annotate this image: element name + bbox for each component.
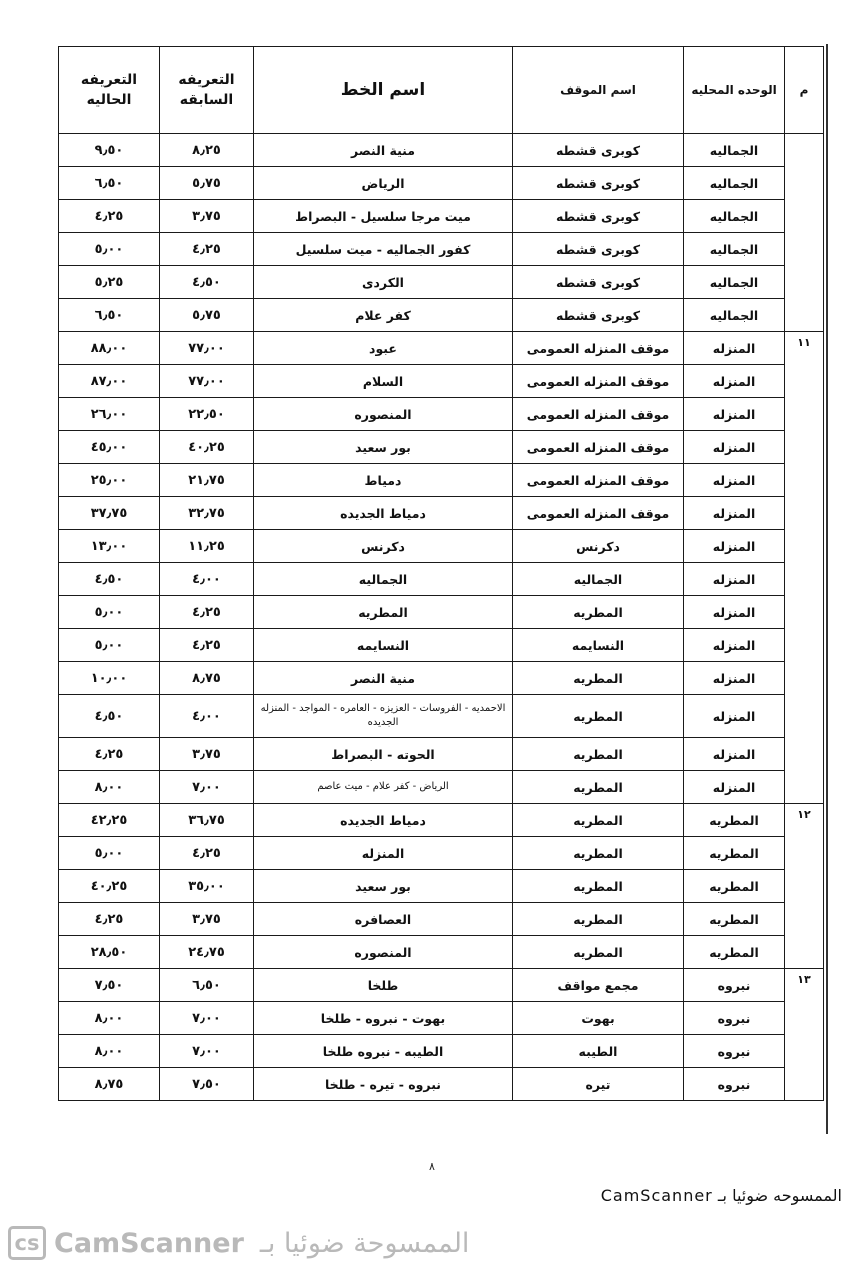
previous-fare-cell: ٧٫٠٠ xyxy=(160,1002,254,1035)
table-row: نبروهتيرهنبروه - تيره - طلخا٧٫٥٠٨٫٧٥ xyxy=(59,1068,824,1101)
current-fare-cell: ٩٫٥٠ xyxy=(59,134,160,167)
table-row: المنزلهموقف المنزله العمومىبور سعيد٤٠٫٢٥… xyxy=(59,431,824,464)
current-fare-cell: ٨٫٧٥ xyxy=(59,1068,160,1101)
line-name-cell: الرياض xyxy=(254,167,513,200)
stop-name-cell: المطريه xyxy=(513,738,684,771)
stop-name-cell: مجمع مواقف xyxy=(513,969,684,1002)
previous-fare-cell: ٧٧٫٠٠ xyxy=(160,332,254,365)
previous-fare-cell: ٢١٫٧٥ xyxy=(160,464,254,497)
table-row: ١١المنزلهموقف المنزله العمومىعبود٧٧٫٠٠٨٨… xyxy=(59,332,824,365)
page-number: ٨ xyxy=(0,1160,864,1173)
local-unit-cell: المنزله xyxy=(684,398,785,431)
stop-name-cell: كوبرى قشطه xyxy=(513,266,684,299)
stop-name-cell: موقف المنزله العمومى xyxy=(513,497,684,530)
current-fare-cell: ٨٨٫٠٠ xyxy=(59,332,160,365)
local-unit-cell: نبروه xyxy=(684,1002,785,1035)
local-unit-cell: المنزله xyxy=(684,629,785,662)
header-local-unit: الوحده المحليه xyxy=(684,47,785,134)
stop-name-cell: كوبرى قشطه xyxy=(513,167,684,200)
stop-name-cell: المطريه xyxy=(513,804,684,837)
line-name-cell: الحوته - البصراط xyxy=(254,738,513,771)
line-name-cell: السلام xyxy=(254,365,513,398)
stop-name-cell: بهوت xyxy=(513,1002,684,1035)
stop-name-cell: النسايمه xyxy=(513,629,684,662)
table-row: المطريهالمطريهالمنصوره٢٤٫٧٥٢٨٫٥٠ xyxy=(59,936,824,969)
stop-name-cell: المطريه xyxy=(513,870,684,903)
stop-name-cell: كوبرى قشطه xyxy=(513,200,684,233)
local-unit-cell: نبروه xyxy=(684,969,785,1002)
local-unit-cell: المطريه xyxy=(684,936,785,969)
line-name-cell: ميت مرجا سلسيل - البصراط xyxy=(254,200,513,233)
stop-name-cell: المطريه xyxy=(513,837,684,870)
previous-fare-cell: ٧٫٥٠ xyxy=(160,1068,254,1101)
current-fare-cell: ٢٨٫٥٠ xyxy=(59,936,160,969)
header-stop-name: اسم الموقف xyxy=(513,47,684,134)
table-row: ١٣نبروهمجمع مواقفطلخا٦٫٥٠٧٫٥٠ xyxy=(59,969,824,1002)
stop-name-cell: موقف المنزله العمومى xyxy=(513,464,684,497)
table-row: المنزلهالجماليهالجماليه٤٫٠٠٤٫٥٠ xyxy=(59,563,824,596)
stop-name-cell: تيره xyxy=(513,1068,684,1101)
table-row: نبروهبهوتبهوت - نبروه - طلخا٧٫٠٠٨٫٠٠ xyxy=(59,1002,824,1035)
previous-fare-cell: ٣٫٧٥ xyxy=(160,903,254,936)
stop-name-cell: المطريه xyxy=(513,662,684,695)
stop-name-cell: المطريه xyxy=(513,695,684,738)
table-row: المنزلهموقف المنزله العمومىالسلام٧٧٫٠٠٨٧… xyxy=(59,365,824,398)
local-unit-cell: الجماليه xyxy=(684,266,785,299)
header-current-fare: التعريفه الحاليه xyxy=(59,47,160,134)
previous-fare-cell: ٤٫٢٥ xyxy=(160,629,254,662)
line-name-cell: طلخا xyxy=(254,969,513,1002)
local-unit-cell: المطريه xyxy=(684,870,785,903)
previous-fare-cell: ٣٫٧٥ xyxy=(160,200,254,233)
stop-name-cell: كوبرى قشطه xyxy=(513,134,684,167)
current-fare-cell: ٦٫٥٠ xyxy=(59,167,160,200)
previous-fare-cell: ٧٫٠٠ xyxy=(160,771,254,804)
stop-name-cell: موقف المنزله العمومى xyxy=(513,431,684,464)
line-name-cell: بور سعيد xyxy=(254,431,513,464)
stop-name-cell: الطيبه xyxy=(513,1035,684,1068)
local-unit-cell: المنزله xyxy=(684,771,785,804)
current-fare-cell: ٤٥٫٠٠ xyxy=(59,431,160,464)
local-unit-cell: الجماليه xyxy=(684,233,785,266)
previous-fare-cell: ٣٢٫٧٥ xyxy=(160,497,254,530)
current-fare-cell: ٤٢٫٢٥ xyxy=(59,804,160,837)
line-name-cell: دمياط الجديده xyxy=(254,497,513,530)
local-unit-cell: الجماليه xyxy=(684,134,785,167)
group-index-cell: ١١ xyxy=(785,332,824,804)
previous-fare-cell: ٨٫٧٥ xyxy=(160,662,254,695)
current-fare-cell: ٧٫٥٠ xyxy=(59,969,160,1002)
previous-fare-cell: ٤٫٠٠ xyxy=(160,695,254,738)
line-name-cell: الطيبه - نبروه طلخا xyxy=(254,1035,513,1068)
local-unit-cell: الجماليه xyxy=(684,200,785,233)
local-unit-cell: المنزله xyxy=(684,596,785,629)
local-unit-cell: المطريه xyxy=(684,837,785,870)
previous-fare-cell: ٢٤٫٧٥ xyxy=(160,936,254,969)
table-row: الجماليهكوبرى قشطهميت مرجا سلسيل - البصر… xyxy=(59,200,824,233)
previous-fare-cell: ٣٦٫٧٥ xyxy=(160,804,254,837)
header-index: م xyxy=(785,47,824,134)
previous-fare-cell: ٥٫٧٥ xyxy=(160,167,254,200)
line-name-cell: المنصوره xyxy=(254,398,513,431)
local-unit-cell: الجماليه xyxy=(684,167,785,200)
stop-name-cell: المطريه xyxy=(513,596,684,629)
current-fare-cell: ٨٧٫٠٠ xyxy=(59,365,160,398)
table-row: المنزلهالمطريهمنية النصر٨٫٧٥١٠٫٠٠ xyxy=(59,662,824,695)
current-fare-cell: ٢٥٫٠٠ xyxy=(59,464,160,497)
local-unit-cell: المطريه xyxy=(684,903,785,936)
local-unit-cell: المنزله xyxy=(684,464,785,497)
table-row: المنزلهالمطريهالرياض - كفر علام - ميت عا… xyxy=(59,771,824,804)
local-unit-cell: المنزله xyxy=(684,695,785,738)
scan-note: الممسوحه ضوئيا بـ CamScanner xyxy=(601,1186,842,1205)
previous-fare-cell: ٤٠٫٢٥ xyxy=(160,431,254,464)
table-row: ١٢المطريهالمطريهدمياط الجديده٣٦٫٧٥٤٢٫٢٥ xyxy=(59,804,824,837)
current-fare-cell: ٢٦٫٠٠ xyxy=(59,398,160,431)
table-row: الجماليهكوبرى قشطهمنية النصر٨٫٢٥٩٫٥٠ xyxy=(59,134,824,167)
camscanner-logo-icon: cs xyxy=(8,1226,46,1260)
table-header-row: م الوحده المحليه اسم الموقف اسم الخط الت… xyxy=(59,47,824,134)
previous-fare-cell: ٧٫٠٠ xyxy=(160,1035,254,1068)
previous-fare-cell: ١١٫٢٥ xyxy=(160,530,254,563)
stop-name-cell: موقف المنزله العمومى xyxy=(513,332,684,365)
table-row: المنزلهدكرنسدكرنس١١٫٢٥١٣٫٠٠ xyxy=(59,530,824,563)
stop-name-cell: الجماليه xyxy=(513,563,684,596)
header-previous-fare: التعريفه السابقه xyxy=(160,47,254,134)
table-row: المنزلهموقف المنزله العمومىالمنصوره٢٢٫٥٠… xyxy=(59,398,824,431)
line-name-cell: الكردى xyxy=(254,266,513,299)
table-row: المطريهالمطريهالعصافره٣٫٧٥٤٫٢٥ xyxy=(59,903,824,936)
table-row: المطريهالمطريهالمنزله٤٫٢٥٥٫٠٠ xyxy=(59,837,824,870)
line-name-cell: بهوت - نبروه - طلخا xyxy=(254,1002,513,1035)
previous-fare-cell: ٢٢٫٥٠ xyxy=(160,398,254,431)
line-name-cell: المنصوره xyxy=(254,936,513,969)
stop-name-cell: المطريه xyxy=(513,771,684,804)
previous-fare-cell: ٤٫٢٥ xyxy=(160,233,254,266)
watermark-arabic: الممسوحة ضوئيا بـ xyxy=(260,1228,470,1259)
current-fare-cell: ٤٫٢٥ xyxy=(59,903,160,936)
local-unit-cell: المنزله xyxy=(684,530,785,563)
local-unit-cell: المنزله xyxy=(684,738,785,771)
current-fare-cell: ١٣٫٠٠ xyxy=(59,530,160,563)
stop-name-cell: موقف المنزله العمومى xyxy=(513,398,684,431)
local-unit-cell: المنزله xyxy=(684,332,785,365)
table-row: المنزلهموقف المنزله العمومىدمياط٢١٫٧٥٢٥٫… xyxy=(59,464,824,497)
stop-name-cell: دكرنس xyxy=(513,530,684,563)
current-fare-cell: ٨٫٠٠ xyxy=(59,1035,160,1068)
local-unit-cell: المنزله xyxy=(684,365,785,398)
previous-fare-cell: ٣٥٫٠٠ xyxy=(160,870,254,903)
table-row: المنزلهالنسايمهالنسايمه٤٫٢٥٥٫٠٠ xyxy=(59,629,824,662)
scanned-document-page: م الوحده المحليه اسم الموقف اسم الخط الت… xyxy=(0,0,864,1280)
current-fare-cell: ٥٫٠٠ xyxy=(59,629,160,662)
local-unit-cell: المنزله xyxy=(684,497,785,530)
previous-fare-cell: ٥٫٧٥ xyxy=(160,299,254,332)
fare-table: م الوحده المحليه اسم الموقف اسم الخط الت… xyxy=(58,46,824,1101)
previous-fare-cell: ٨٫٢٥ xyxy=(160,134,254,167)
line-name-cell: العصافره xyxy=(254,903,513,936)
line-name-cell: دمياط xyxy=(254,464,513,497)
current-fare-cell: ٤٠٫٢٥ xyxy=(59,870,160,903)
line-name-cell: النسايمه xyxy=(254,629,513,662)
stop-name-cell: كوبرى قشطه xyxy=(513,299,684,332)
table-row: المنزلهموقف المنزله العمومىدمياط الجديده… xyxy=(59,497,824,530)
stop-name-cell: المطريه xyxy=(513,936,684,969)
stop-name-cell: موقف المنزله العمومى xyxy=(513,365,684,398)
table-row: المنزلهالمطريهالحوته - البصراط٣٫٧٥٤٫٢٥ xyxy=(59,738,824,771)
current-fare-cell: ٤٫٢٥ xyxy=(59,200,160,233)
current-fare-cell: ٤٫٥٠ xyxy=(59,695,160,738)
line-name-cell: الرياض - كفر علام - ميت عاصم xyxy=(254,771,513,804)
line-name-cell: كفور الجماليه - ميت سلسيل xyxy=(254,233,513,266)
current-fare-cell: ٤٫٢٥ xyxy=(59,738,160,771)
current-fare-cell: ٥٫٠٠ xyxy=(59,233,160,266)
line-name-cell: كفر علام xyxy=(254,299,513,332)
header-line-name: اسم الخط xyxy=(254,47,513,134)
line-name-cell: منية النصر xyxy=(254,662,513,695)
page-edge-line xyxy=(826,44,828,1134)
current-fare-cell: ٤٫٥٠ xyxy=(59,563,160,596)
previous-fare-cell: ٦٫٥٠ xyxy=(160,969,254,1002)
previous-fare-cell: ٤٫٢٥ xyxy=(160,596,254,629)
previous-fare-cell: ٤٫٠٠ xyxy=(160,563,254,596)
table-row: الجماليهكوبرى قشطهكفر علام٥٫٧٥٦٫٥٠ xyxy=(59,299,824,332)
previous-fare-cell: ٣٫٧٥ xyxy=(160,738,254,771)
line-name-cell: نبروه - تيره - طلخا xyxy=(254,1068,513,1101)
previous-fare-cell: ٤٫٥٠ xyxy=(160,266,254,299)
local-unit-cell: المنزله xyxy=(684,563,785,596)
table-row: الجماليهكوبرى قشطهالكردى٤٫٥٠٥٫٢٥ xyxy=(59,266,824,299)
watermark-brand: CamScanner xyxy=(54,1228,244,1259)
previous-fare-cell: ٧٧٫٠٠ xyxy=(160,365,254,398)
local-unit-cell: نبروه xyxy=(684,1035,785,1068)
current-fare-cell: ٦٫٥٠ xyxy=(59,299,160,332)
current-fare-cell: ٥٫٠٠ xyxy=(59,837,160,870)
group-index-cell xyxy=(785,134,824,332)
current-fare-cell: ٥٫٠٠ xyxy=(59,596,160,629)
local-unit-cell: نبروه xyxy=(684,1068,785,1101)
table-row: المنزلهالمطريهالاحمديه - الفروسات - العز… xyxy=(59,695,824,738)
line-name-cell: دكرنس xyxy=(254,530,513,563)
previous-fare-cell: ٤٫٢٥ xyxy=(160,837,254,870)
table-row: الجماليهكوبرى قشطهالرياض٥٫٧٥٦٫٥٠ xyxy=(59,167,824,200)
line-name-cell: بور سعيد xyxy=(254,870,513,903)
camscanner-watermark: cs CamScanner الممسوحة ضوئيا بـ xyxy=(8,1226,469,1260)
local-unit-cell: المطريه xyxy=(684,804,785,837)
current-fare-cell: ٥٫٢٥ xyxy=(59,266,160,299)
current-fare-cell: ٨٫٠٠ xyxy=(59,771,160,804)
line-name-cell: عبود xyxy=(254,332,513,365)
group-index-cell: ١٣ xyxy=(785,969,824,1101)
stop-name-cell: المطريه xyxy=(513,903,684,936)
local-unit-cell: المنزله xyxy=(684,662,785,695)
line-name-cell: المطريه xyxy=(254,596,513,629)
fare-table-body: الجماليهكوبرى قشطهمنية النصر٨٫٢٥٩٫٥٠الجم… xyxy=(59,134,824,1101)
stop-name-cell: كوبرى قشطه xyxy=(513,233,684,266)
line-name-cell: الاحمديه - الفروسات - العزيزه - العامره … xyxy=(254,695,513,738)
line-name-cell: منية النصر xyxy=(254,134,513,167)
local-unit-cell: المنزله xyxy=(684,431,785,464)
current-fare-cell: ٨٫٠٠ xyxy=(59,1002,160,1035)
table-row: المنزلهالمطريهالمطريه٤٫٢٥٥٫٠٠ xyxy=(59,596,824,629)
group-index-cell: ١٢ xyxy=(785,804,824,969)
current-fare-cell: ١٠٫٠٠ xyxy=(59,662,160,695)
table-row: المطريهالمطريهبور سعيد٣٥٫٠٠٤٠٫٢٥ xyxy=(59,870,824,903)
current-fare-cell: ٣٧٫٧٥ xyxy=(59,497,160,530)
line-name-cell: المنزله xyxy=(254,837,513,870)
line-name-cell: دمياط الجديده xyxy=(254,804,513,837)
table-row: نبروهالطيبهالطيبه - نبروه طلخا٧٫٠٠٨٫٠٠ xyxy=(59,1035,824,1068)
table-row: الجماليهكوبرى قشطهكفور الجماليه - ميت سل… xyxy=(59,233,824,266)
local-unit-cell: الجماليه xyxy=(684,299,785,332)
line-name-cell: الجماليه xyxy=(254,563,513,596)
